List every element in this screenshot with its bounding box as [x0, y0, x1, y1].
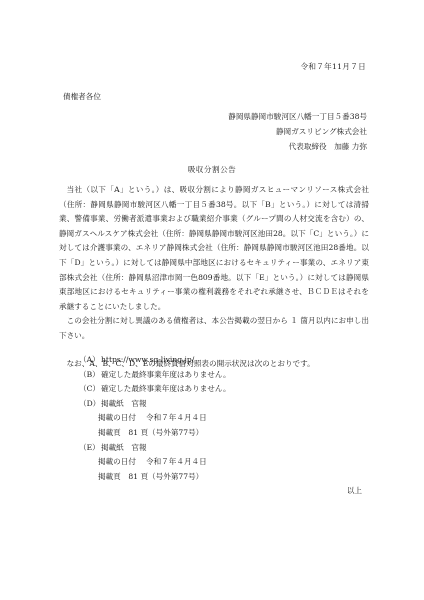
disclosure-url-link[interactable]: https://www.sg-living.jp/ — [101, 355, 194, 364]
disclosure-list: （A）https://www.sg-living.jp/ （B）確定した最終事業… — [79, 353, 359, 484]
page-value: 81 頁（号外第77号） — [128, 428, 203, 437]
disclosure-label: （C） — [79, 382, 101, 397]
document-title: 吸収分割公告 — [0, 164, 424, 175]
date-value: 令和７年４月４日 — [146, 457, 207, 466]
disclosure-text: 確定した最終事業年度はありません。 — [101, 384, 231, 393]
disclosure-text: 確定した最終事業年度はありません。 — [101, 370, 231, 379]
sender-representative: 代表取締役 加藤 力弥 — [228, 139, 367, 154]
page-label: 掲載頁 — [98, 428, 121, 437]
disclosure-item-d: （D）掲載紙 官報 — [79, 397, 359, 412]
disclosure-text: 掲載紙 官報 — [101, 399, 147, 408]
closing-mark: 以上 — [347, 485, 362, 496]
sender-block: 静岡県静岡市駿河区八幡一丁目５番38号 静岡ガスリビング株式会社 代表取締役 加… — [228, 109, 367, 154]
notice-body: 当社（以下「A」という。）は、吸収分割により静岡ガスヒューマンリソース株式会社（… — [59, 183, 369, 371]
body-paragraph-objection: この会社分割に対し異議のある債権者は、本公告掲載の翌日から １ 箇月以内にお申し… — [59, 314, 369, 343]
date-label: 掲載の日付 — [98, 411, 146, 426]
disclosure-label: （D） — [79, 397, 101, 412]
disclosure-e-date: 掲載の日付令和７年４月４日 — [79, 455, 359, 470]
disclosure-item-a: （A）https://www.sg-living.jp/ — [79, 353, 359, 368]
notice-date: 令和７年11月７日 — [300, 61, 366, 72]
disclosure-d-page: 掲載頁 81 頁（号外第77号） — [79, 426, 359, 441]
page-value: 81 頁（号外第77号） — [128, 472, 203, 481]
disclosure-item-e: （E）掲載紙 官報 — [79, 441, 359, 456]
body-paragraph-split-details: 当社（以下「A」という。）は、吸収分割により静岡ガスヒューマンリソース株式会社（… — [59, 183, 369, 314]
disclosure-e-page: 掲載頁 81 頁（号外第77号） — [79, 470, 359, 485]
addressee: 債権者各位 — [63, 91, 101, 102]
sender-address: 静岡県静岡市駿河区八幡一丁目５番38号 — [228, 109, 367, 124]
disclosure-item-b: （B）確定した最終事業年度はありません。 — [79, 368, 359, 383]
disclosure-d-date: 掲載の日付令和７年４月４日 — [79, 411, 359, 426]
date-value: 令和７年４月４日 — [146, 413, 207, 422]
disclosure-label: （B） — [79, 368, 101, 383]
sender-company: 静岡ガスリビング株式会社 — [228, 124, 367, 139]
date-label: 掲載の日付 — [98, 455, 146, 470]
disclosure-item-c: （C）確定した最終事業年度はありません。 — [79, 382, 359, 397]
page-label: 掲載頁 — [98, 472, 121, 481]
disclosure-label: （E） — [79, 441, 101, 456]
disclosure-label: （A） — [79, 353, 101, 368]
document-page: 令和７年11月７日 債権者各位 静岡県静岡市駿河区八幡一丁目５番38号 静岡ガス… — [0, 0, 424, 600]
disclosure-text: 掲載紙 官報 — [101, 443, 147, 452]
